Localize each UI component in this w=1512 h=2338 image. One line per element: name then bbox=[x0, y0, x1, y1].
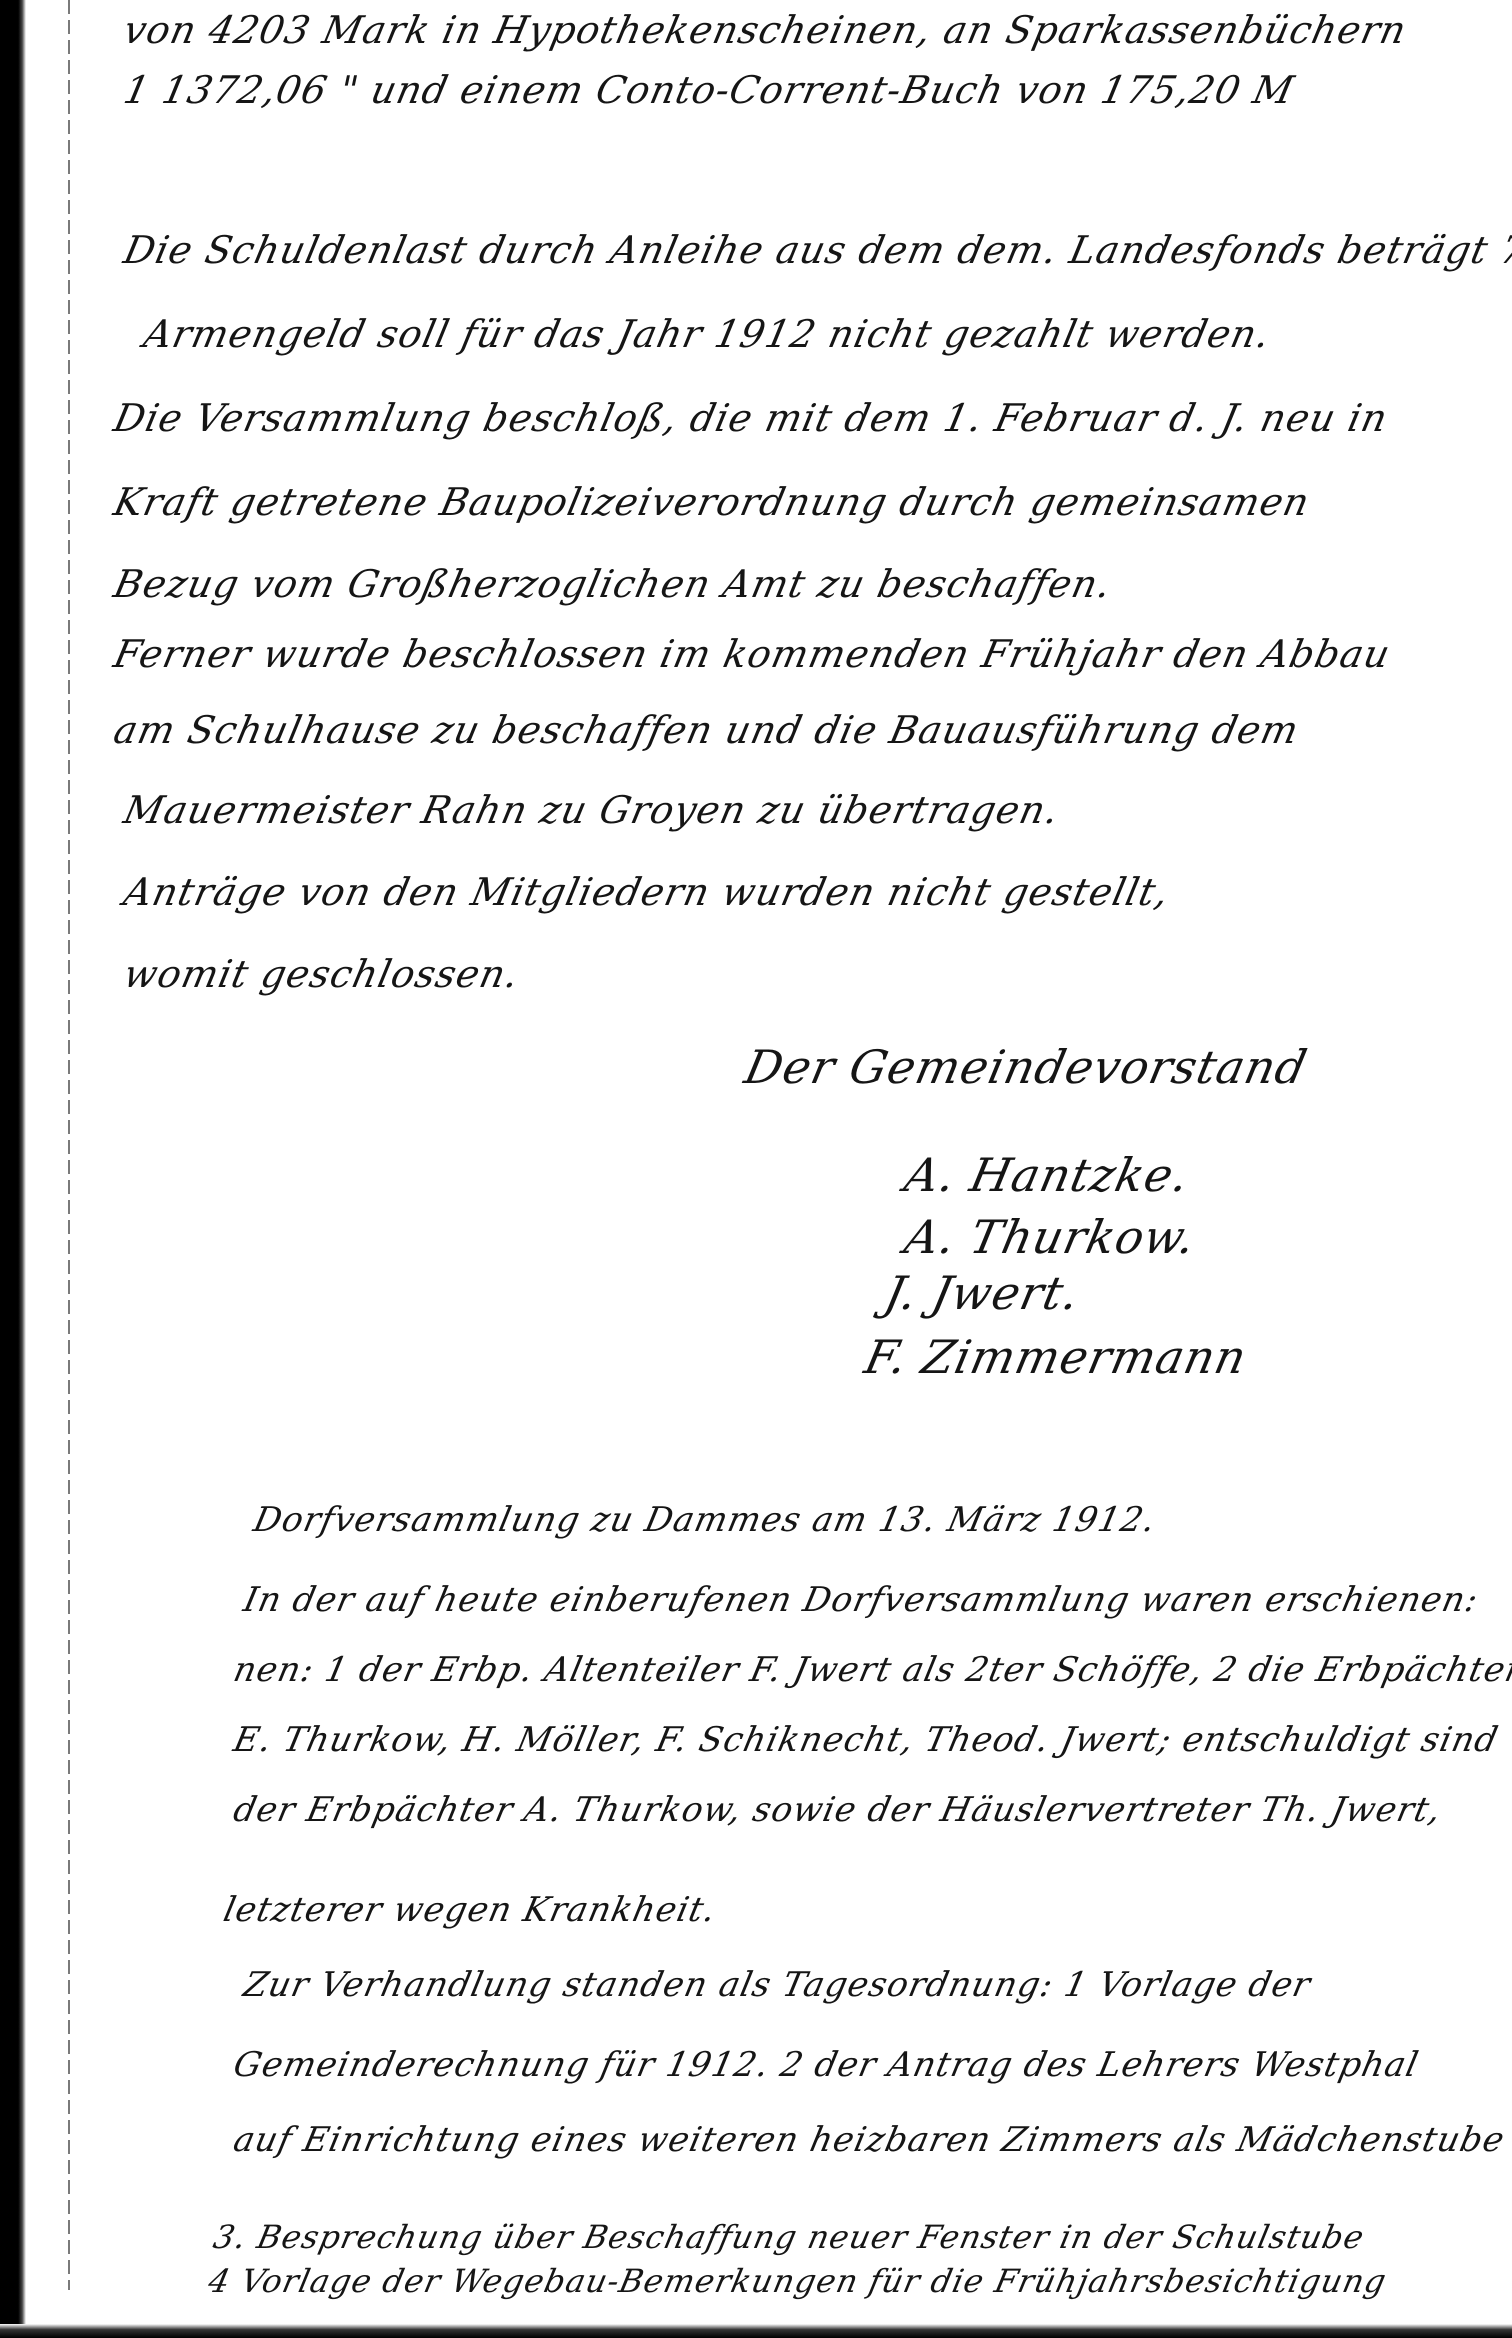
text-line: der Erbpächter A. Thurkow, sowie der Häu… bbox=[230, 1790, 1445, 1830]
scan-left-edge bbox=[0, 0, 26, 2338]
text-line: Kraft getretene Baupolizeiverordnung dur… bbox=[110, 480, 1314, 524]
text-line: von 4203 Mark in Hypothekenscheinen, an … bbox=[120, 8, 1411, 52]
section-title: Dorfversammlung zu Dammes am 13. März 19… bbox=[250, 1500, 1160, 1540]
signature: A. Thurkow. bbox=[900, 1210, 1201, 1264]
text-line: Anträge von den Mitgliedern wurden nicht… bbox=[120, 870, 1174, 914]
text-line: womit geschlossen. bbox=[120, 952, 523, 996]
text-line: Armengeld soll für das Jahr 1912 nicht g… bbox=[140, 312, 1275, 356]
text-line: letzterer wegen Krankheit. bbox=[220, 1890, 720, 1930]
text-line: Die Schuldenlast durch Anleihe aus dem d… bbox=[120, 228, 1512, 272]
page-margin-line bbox=[68, 0, 70, 2290]
signature: F. Zimmermann bbox=[860, 1330, 1252, 1384]
text-line: E. Thurkow, H. Möller, F. Schiknecht, Th… bbox=[230, 1720, 1502, 1760]
text-line: Die Versammlung beschloß, die mit dem 1.… bbox=[110, 396, 1392, 440]
text-line: 1 1372,06 " und einem Conto-Corrent-Buch… bbox=[120, 68, 1298, 112]
text-line: Zur Verhandlung standen als Tagesordnung… bbox=[240, 1965, 1315, 2005]
text-line: In der auf heute einberufenen Dorfversam… bbox=[240, 1580, 1482, 1620]
scan-bottom-edge bbox=[0, 2324, 1512, 2338]
text-line: auf Einrichtung eines weiteren heizbaren… bbox=[230, 2120, 1509, 2160]
signature-heading: Der Gemeindevorstand bbox=[740, 1040, 1312, 1094]
text-line: Mauermeister Rahn zu Groyen zu übertrage… bbox=[120, 788, 1063, 832]
signature: A. Hantzke. bbox=[900, 1148, 1195, 1202]
agenda-item: 3. Besprechung über Beschaffung neuer Fe… bbox=[210, 2218, 1368, 2256]
signature: J. Jwert. bbox=[880, 1266, 1085, 1320]
text-line: am Schulhause zu beschaffen und die Baua… bbox=[110, 708, 1303, 752]
agenda-item: 4 Vorlage der Wegebau-Bemerkungen für di… bbox=[205, 2262, 1390, 2300]
text-line: Bezug vom Großherzoglichen Amt zu bescha… bbox=[110, 562, 1116, 606]
text-line: nen: 1 der Erbp. Altenteiler F. Jwert al… bbox=[230, 1650, 1512, 1690]
text-line: Gemeinderechnung für 1912. 2 der Antrag … bbox=[230, 2045, 1423, 2085]
text-line: Ferner wurde beschlossen im kommenden Fr… bbox=[110, 632, 1394, 676]
